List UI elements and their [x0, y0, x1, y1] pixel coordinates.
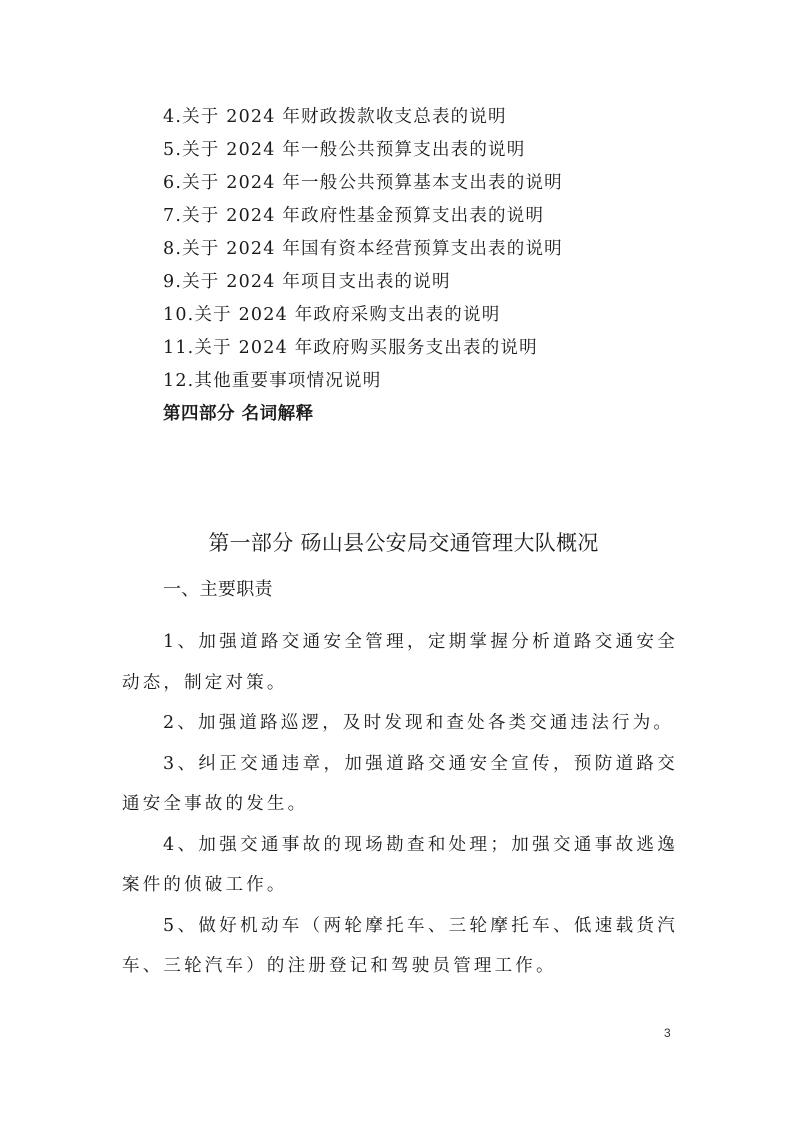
toc-item: 9.关于 2024 年项目支出表的说明 — [163, 266, 683, 299]
part-one-title: 第一部分 砀山县公安局交通管理大队概况 — [0, 528, 793, 558]
duty-paragraph: 1、加强道路交通安全管理，定期掌握分析道路交通安全动态，制定对策。 — [122, 622, 678, 703]
toc-item: 5.关于 2024 年一般公共预算支出表的说明 — [163, 134, 683, 167]
duty-paragraph: 4、加强交通事故的现场勘查和处理；加强交通事故逃逸案件的侦破工作。 — [122, 825, 678, 906]
table-of-contents: 4.关于 2024 年财政拨款收支总表的说明 5.关于 2024 年一般公共预算… — [163, 101, 683, 431]
toc-item: 11.关于 2024 年政府购买服务支出表的说明 — [163, 332, 683, 365]
page-number: 3 — [664, 1026, 671, 1040]
toc-item: 4.关于 2024 年财政拨款收支总表的说明 — [163, 101, 683, 134]
toc-item: 7.关于 2024 年政府性基金预算支出表的说明 — [163, 200, 683, 233]
document-page: 4.关于 2024 年财政拨款收支总表的说明 5.关于 2024 年一般公共预算… — [0, 0, 793, 1122]
toc-item: 8.关于 2024 年国有资本经营预算支出表的说明 — [163, 233, 683, 266]
duty-paragraph: 2、加强道路巡逻，及时发现和查处各类交通违法行为。 — [122, 703, 678, 744]
duty-paragraph: 3、纠正交通违章，加强道路交通安全宣传，预防道路交通安全事故的发生。 — [122, 744, 678, 825]
toc-item: 6.关于 2024 年一般公共预算基本支出表的说明 — [163, 167, 683, 200]
toc-item: 12.其他重要事项情况说明 — [163, 365, 683, 398]
section-heading-main-duties: 一、主要职责 — [163, 575, 273, 605]
toc-item: 10.关于 2024 年政府采购支出表的说明 — [163, 299, 683, 332]
duty-paragraph: 5、做好机动车（两轮摩托车、三轮摩托车、低速载货汽车、三轮汽车）的注册登记和驾驶… — [122, 906, 678, 987]
duties-body: 1、加强道路交通安全管理，定期掌握分析道路交通安全动态，制定对策。 2、加强道路… — [122, 622, 678, 987]
toc-part-four-heading: 第四部分 名词解释 — [163, 398, 683, 431]
